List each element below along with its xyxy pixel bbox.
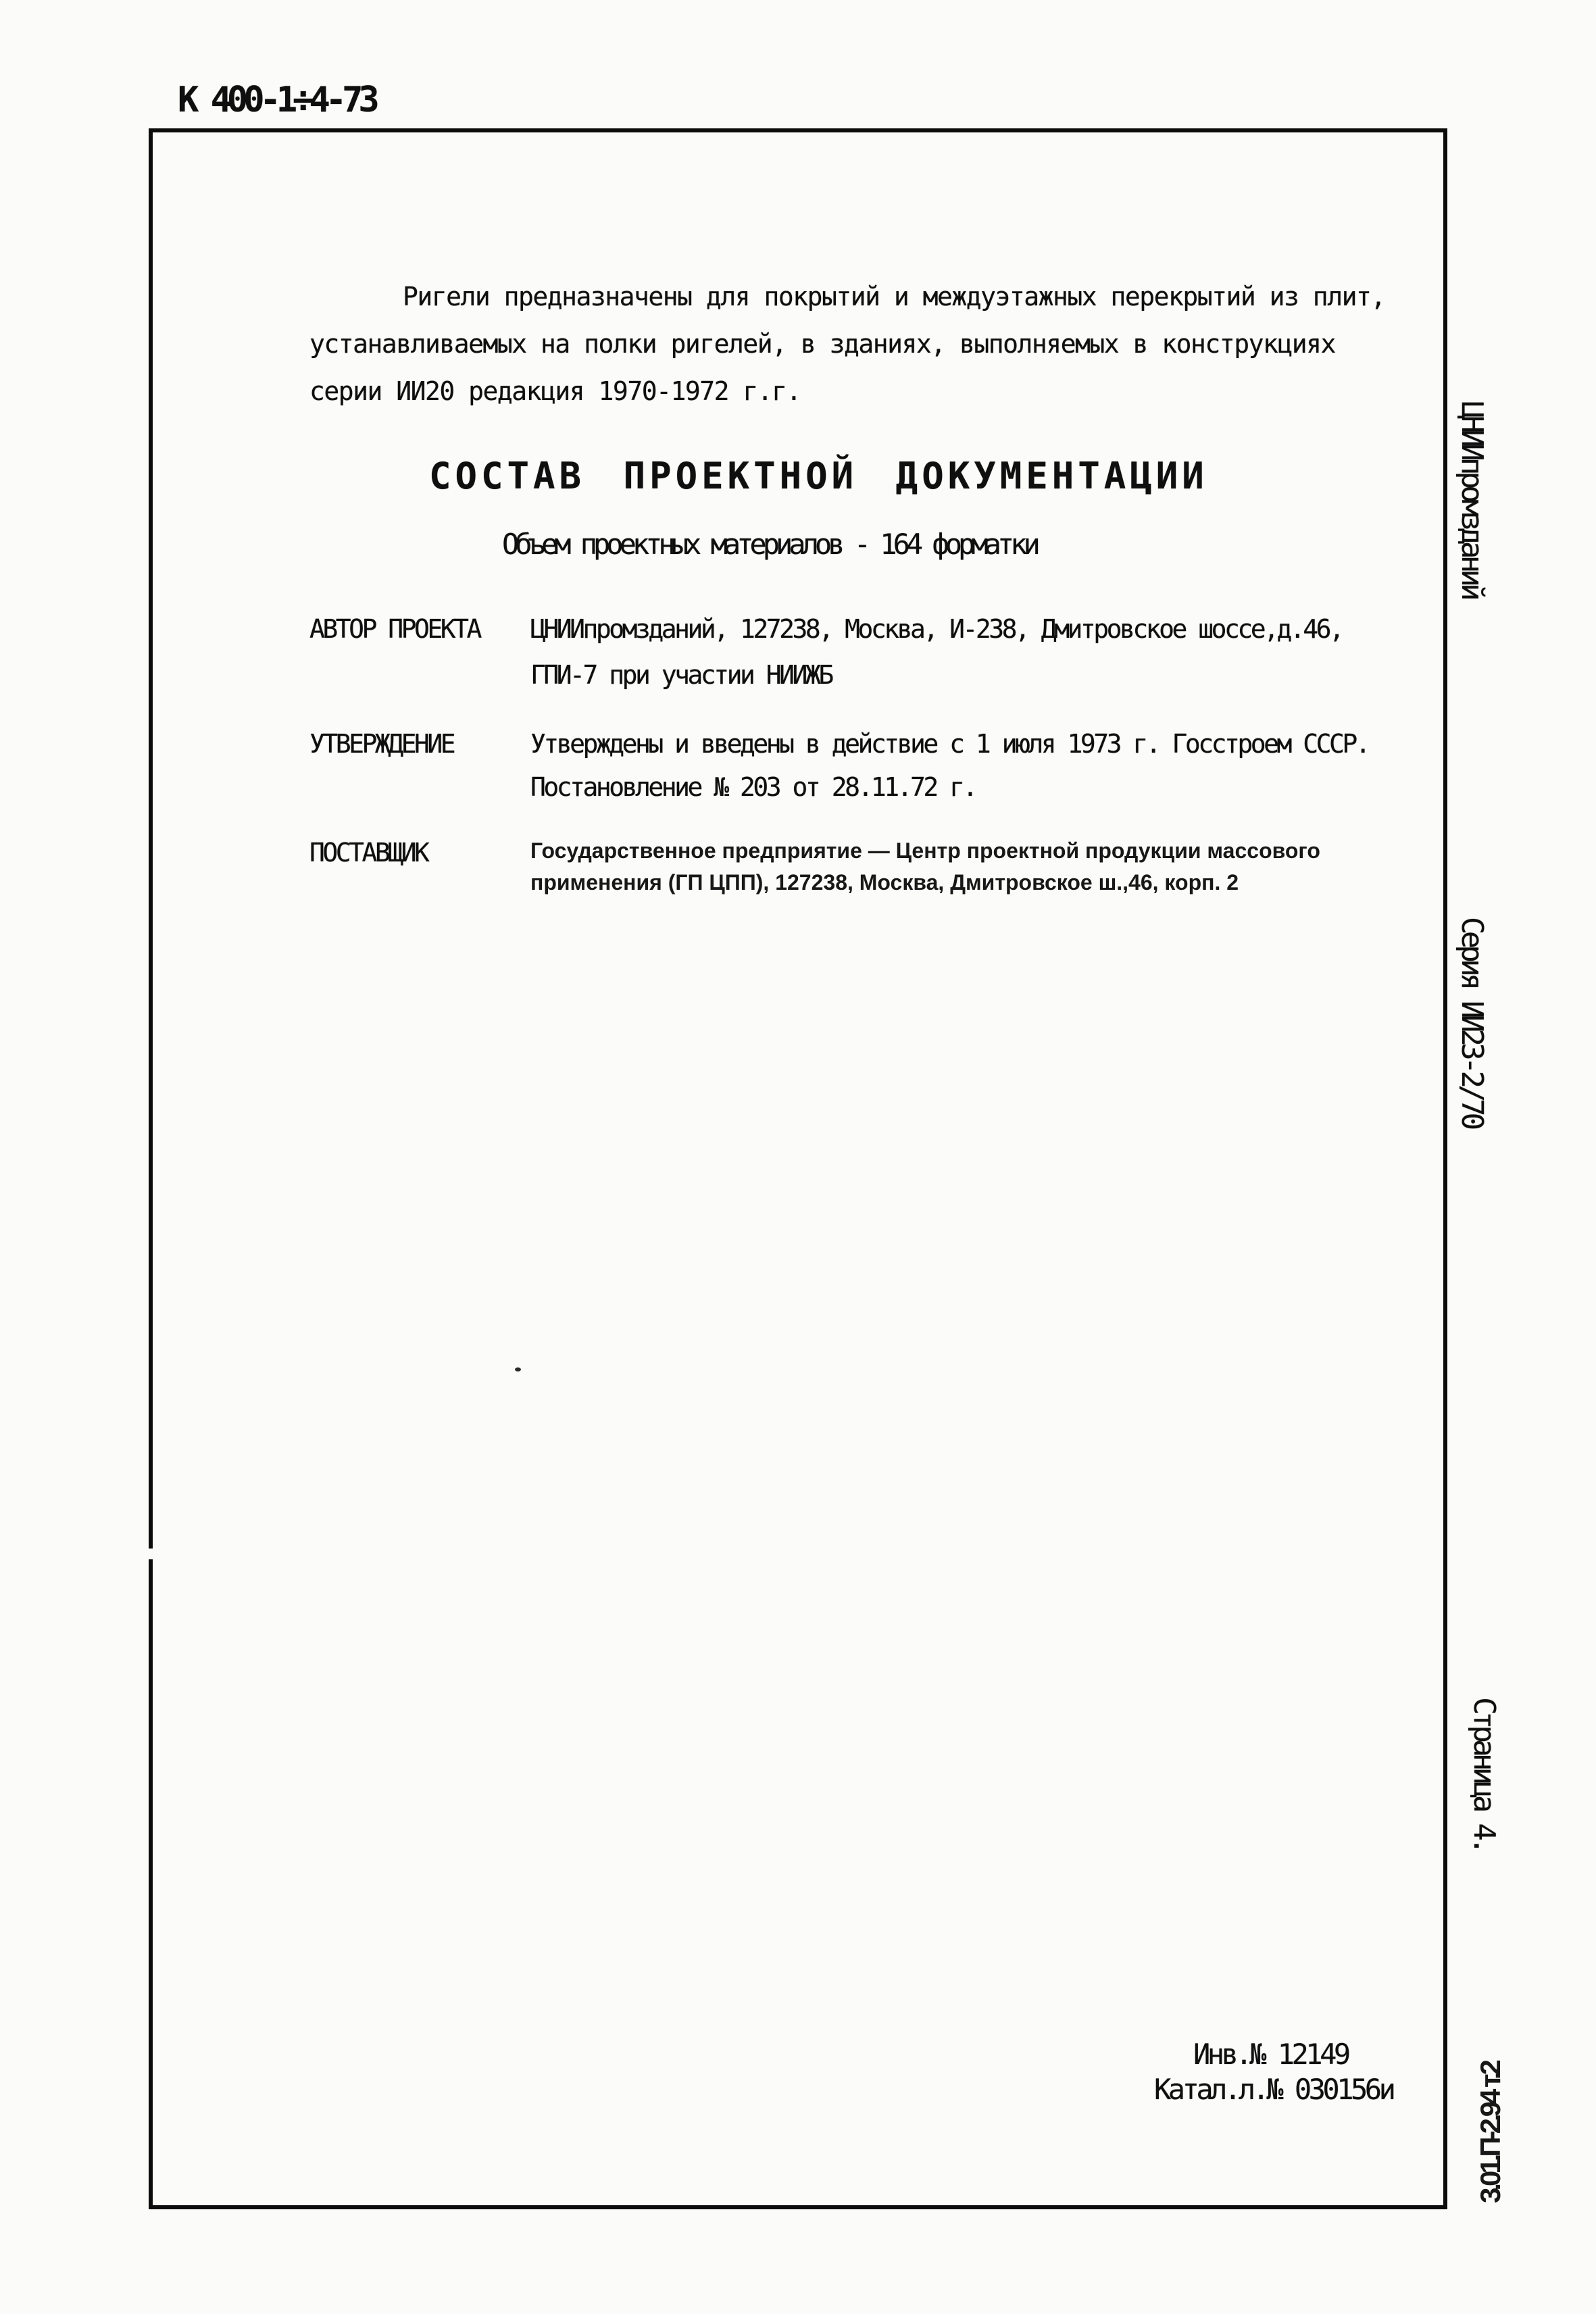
intro-paragraph-line-3: серии ИИ20 редакция 1970-1972 г.г. <box>309 378 801 404</box>
intro-paragraph-line-1: Ригели предназначены для покрытий и межд… <box>403 284 1385 309</box>
margin-organization: ЦНИИпромзданий <box>1457 401 1487 597</box>
margin-doc-code: 3.01.П-2.94 т.2 <box>1476 2063 1505 2203</box>
approval-value-line-1: Утверждены и введены в действие с 1 июля… <box>530 731 1368 757</box>
catalog-number: Катал.л.№ 030156и <box>1154 2076 1393 2104</box>
volume-line: Объем проектных материалов - 164 форматк… <box>502 530 1037 559</box>
author-label: АВТОР ПРОЕКТА <box>309 616 480 642</box>
author-value-line-2: ГПИ-7 при участии НИИЖБ <box>530 662 832 688</box>
approval-label: УТВЕРЖДЕНИЕ <box>309 731 453 757</box>
supplier-value-line-1: Государственное предприятие — Центр прое… <box>530 840 1320 861</box>
sheet-code: К 400-1÷4-73 <box>178 82 375 118</box>
section-title: СОСТАВ ПРОЕКТНОЙ ДОКУМЕНТАЦИИ <box>429 458 1208 495</box>
scanned-document-page: К 400-1÷4-73 Ригели предназначены для по… <box>0 0 1596 2314</box>
intro-paragraph-line-2: устанавливаемых на полки ригелей, в здан… <box>309 331 1335 357</box>
margin-series: Серия ИИ23-2/70 <box>1457 917 1487 1126</box>
scan-border-gap <box>145 1549 156 1559</box>
inventory-number: Инв.№ 12149 <box>1193 2040 1348 2069</box>
supplier-value-line-2: применения (ГП ЦПП), 127238, Москва, Дми… <box>530 872 1239 893</box>
content-frame <box>149 128 1447 2209</box>
author-value-line-1: ЦНИИпромзданий, 127238, Москва, И-238, Д… <box>530 616 1342 642</box>
margin-page-number: Страница 4. <box>1469 1697 1499 1851</box>
approval-value-line-2: Постановление № 203 от 28.11.72 г. <box>530 774 976 800</box>
scan-speck <box>515 1367 521 1372</box>
supplier-label: ПОСТАВЩИК <box>309 840 427 865</box>
